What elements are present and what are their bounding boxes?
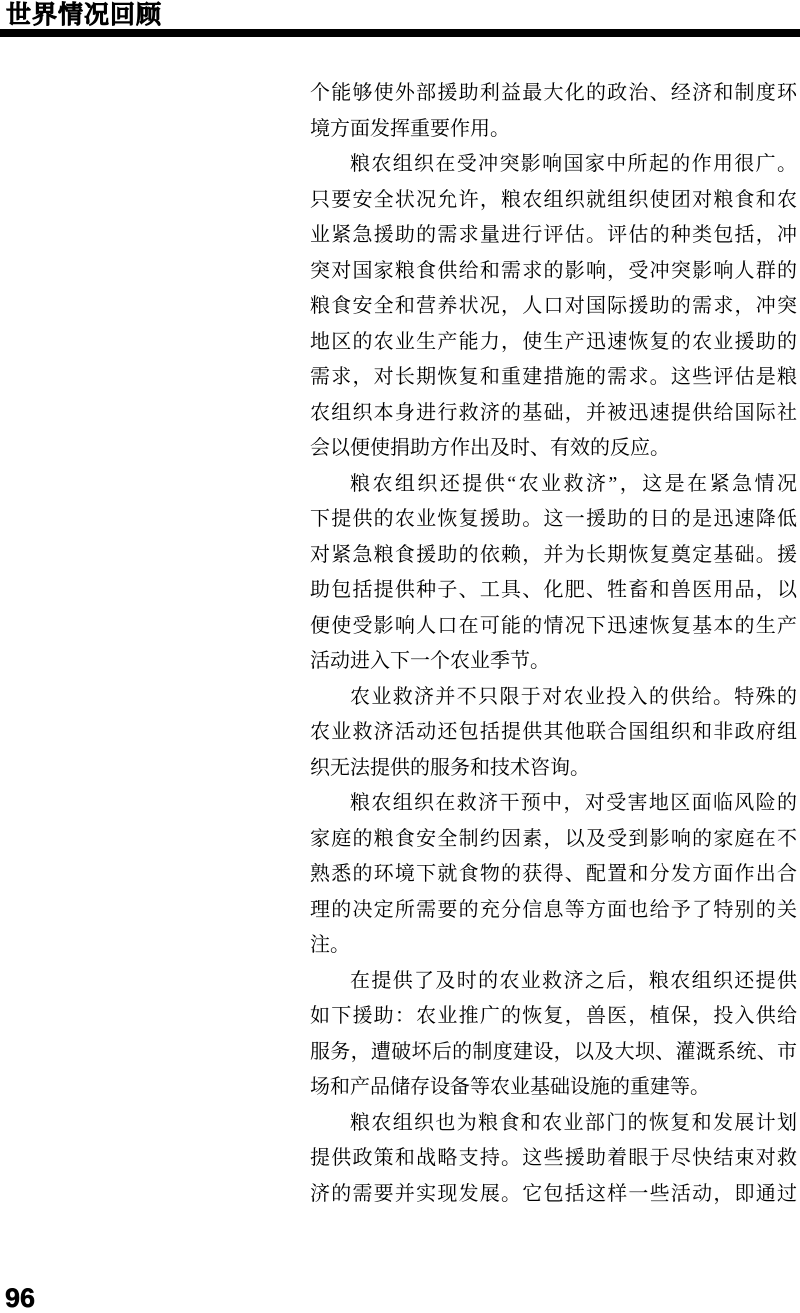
text-line: 粮食安全和营养状况，人口对国际援助的需求，冲突	[310, 289, 797, 325]
page-number: 96	[5, 1283, 35, 1313]
text-line: 活动进入下一个农业季节。	[310, 644, 797, 680]
text-line: 织无法提供的服务和技术咨询。	[310, 751, 797, 787]
header-divider-rule	[0, 29, 800, 37]
text-line: 便使受影响人口在可能的情况下迅速恢复基本的生产	[310, 609, 797, 645]
text-line: 粮农组织在受冲突影响国家中所起的作用很广。	[310, 147, 797, 183]
text-line: 农组织本身进行救济的基础，并被迅速提供给国际社	[310, 396, 797, 432]
text-line: 粮农组织还提供“农业救济”，这是在紧急情况	[310, 467, 797, 503]
text-line: 地区的农业生产能力，使生产迅速恢复的农业援助的	[310, 325, 797, 361]
text-line: 需求，对长期恢复和重建措施的需求。这些评估是粮	[310, 360, 797, 396]
text-line: 个能够使外部援助利益最大化的政治、经济和制度环	[310, 76, 797, 112]
text-line: 粮农组织在救济干预中，对受害地区面临风险的	[310, 786, 797, 822]
text-line: 境方面发挥重要作用。	[310, 112, 797, 148]
text-line: 农业救济并不只限于对农业投入的供给。特殊的	[310, 680, 797, 716]
text-line: 理的决定所需要的充分信息等方面也给予了特别的关	[310, 893, 797, 929]
text-line: 业紧急援助的需求量进行评估。评估的种类包括，冲	[310, 218, 797, 254]
text-line: 粮农组织也为粮食和农业部门的恢复和发展计划	[310, 1106, 797, 1142]
text-line: 农业救济活动还包括提供其他联合国组织和非政府组	[310, 715, 797, 751]
text-line: 下提供的农业恢复援助。这一援助的日的是迅速降低	[310, 502, 797, 538]
text-line: 只要安全状况允许，粮农组织就组织使团对粮食和农	[310, 183, 797, 219]
text-line: 服务，遭破坏后的制度建设，以及大坝、灌溉系统、市	[310, 1035, 797, 1071]
text-line: 助包括提供种子、工具、化肥、牲畜和兽医用品，以	[310, 573, 797, 609]
text-line: 会以便使捐助方作出及时、有效的反应。	[310, 431, 797, 467]
text-line: 家庭的粮食安全制约因素，以及受到影响的家庭在不	[310, 822, 797, 858]
text-line: 如下援助：农业推广的恢复，兽医，植保，投入供给	[310, 999, 797, 1035]
text-line: 熟悉的环境下就食物的获得、配置和分发方面作出合	[310, 857, 797, 893]
text-line: 对紧急粮食援助的依赖，并为长期恢复奠定基础。援	[310, 538, 797, 574]
text-line: 济的需要并实现发展。它包括这样一些活动，即通过	[310, 1177, 797, 1213]
text-line: 突对国家粮食供给和需求的影响，受冲突影响人群的	[310, 254, 797, 290]
text-line: 在提供了及时的农业救济之后，粮农组织还提供	[310, 964, 797, 1000]
text-line: 场和产品储存设备等农业基础设施的重建等。	[310, 1070, 797, 1106]
body-text: 个能够使外部援助利益最大化的政治、经济和制度环境方面发挥重要作用。粮农组织在受冲…	[310, 76, 797, 1212]
text-line: 注。	[310, 928, 797, 964]
page-header-title: 世界情况回顾	[6, 0, 162, 30]
text-line: 提供政策和战略支持。这些援助着眼于尽快结束对救	[310, 1141, 797, 1177]
